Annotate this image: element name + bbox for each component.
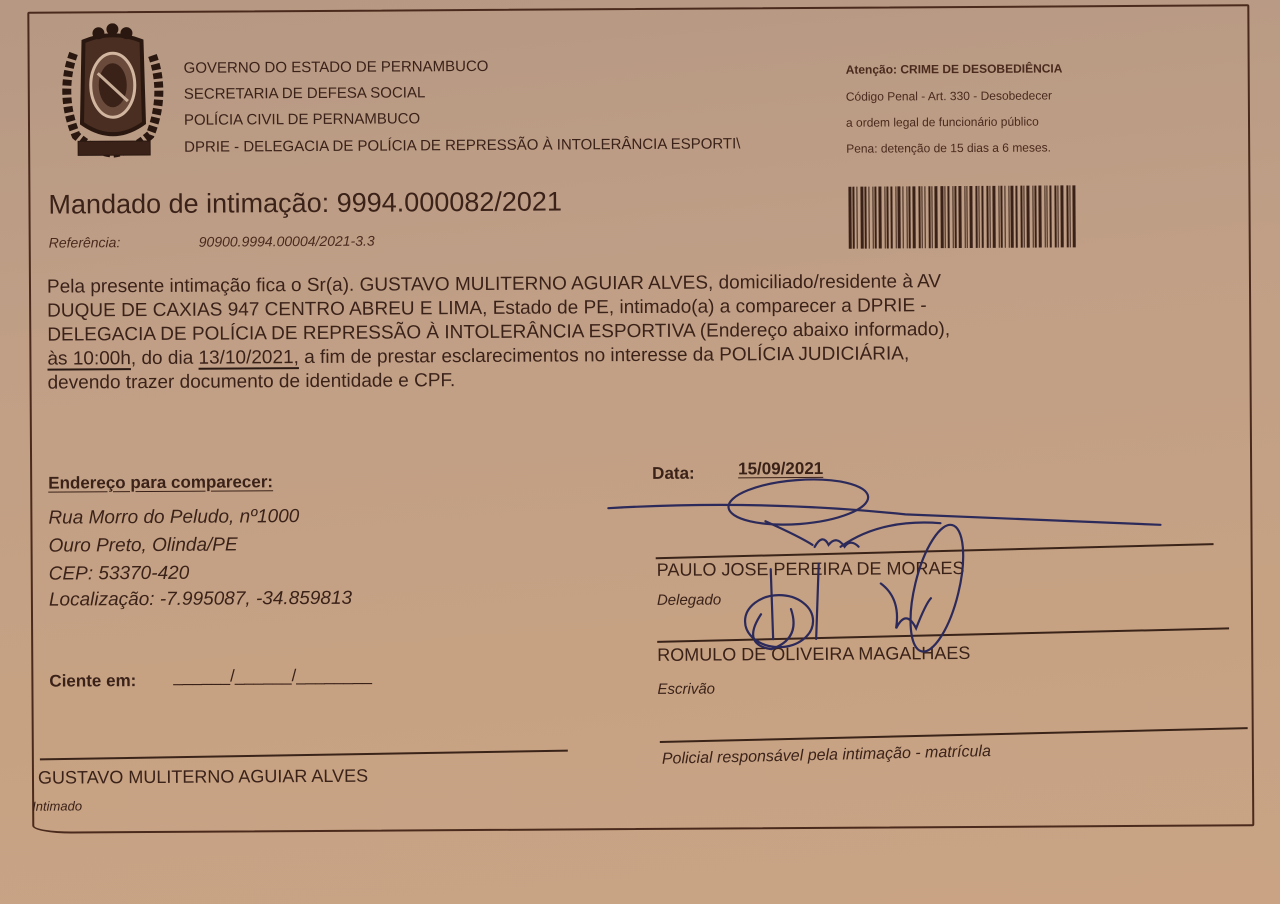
barcode-bar xyxy=(944,186,945,248)
barcode-bar xyxy=(864,187,866,249)
barcode-bar xyxy=(947,186,949,248)
barcode-bar xyxy=(981,186,983,248)
barcode-bar xyxy=(986,186,988,248)
barcode-bar xyxy=(1049,185,1051,247)
issue-date-label: Data: xyxy=(652,464,695,484)
header-secretariat: SECRETARIA DE DEFESA SOCIAL xyxy=(184,84,426,102)
attention-title: Atenção: CRIME DE DESOBEDIÊNCIA xyxy=(846,61,1063,76)
escrivao-name: ROMULO DE OLIVEIRA MAGALHAES xyxy=(657,643,970,666)
barcode-bar xyxy=(1010,186,1013,248)
header-department: DPRIE - DELEGACIA DE POLÍCIA DE REPRESSÃ… xyxy=(184,135,740,155)
barcode-bar xyxy=(1066,185,1068,247)
barcode-bar xyxy=(1072,185,1075,247)
ciente-label: Ciente em: xyxy=(49,671,136,692)
reference-value: 90900.9994.00004/2021-3.3 xyxy=(199,233,375,250)
coat-of-arms-icon xyxy=(53,23,172,162)
barcode-bar xyxy=(1020,186,1022,248)
escrivao-role: Escrivão xyxy=(657,681,715,698)
barcode-icon xyxy=(848,185,1128,249)
barcode-bar xyxy=(1004,186,1005,248)
barcode-bar xyxy=(848,187,851,249)
intimado-role: Intimado xyxy=(32,798,82,813)
barcode-bar xyxy=(966,186,967,248)
delegado-name: PAULO JOSE PEREIRA DE MORAES xyxy=(657,558,965,581)
barcode-bar xyxy=(908,186,910,248)
barcode-bar xyxy=(924,186,925,248)
barcode-bar xyxy=(978,186,979,248)
barcode-bar xyxy=(921,186,922,248)
attention-line-3: Pena: detenção de 15 dias a 6 meses. xyxy=(846,140,1051,155)
ciente-date-field[interactable]: ______/______/________ xyxy=(173,666,372,687)
barcode-bar xyxy=(1015,186,1017,248)
barcode-bar xyxy=(1000,186,1002,248)
barcode-bar xyxy=(958,186,961,248)
address-cep: CEP: 53370-420 xyxy=(49,561,190,588)
barcode-bar xyxy=(989,186,990,248)
barcode-bar xyxy=(912,186,915,248)
barcode-bar xyxy=(868,187,869,249)
issue-date-value: 15/09/2021 xyxy=(738,459,823,480)
barcode-bar xyxy=(1060,185,1063,247)
attention-crime: CRIME DE DESOBEDIÊNCIA xyxy=(900,61,1062,76)
intimado-name: GUSTAVO MULITERNO AGUIAR ALVES xyxy=(38,766,368,789)
delegado-role: Delegado xyxy=(657,592,721,609)
barcode-bar xyxy=(886,186,888,248)
barcode-bar xyxy=(1046,186,1047,248)
address-label: Endereço para comparecer: xyxy=(48,472,273,493)
barcode-bar xyxy=(954,186,956,248)
appointment-date: 13/10/2021, xyxy=(198,347,299,369)
body-sep: , do dia xyxy=(131,348,199,369)
barcode-bar xyxy=(1034,186,1036,248)
barcode-bar xyxy=(940,186,943,248)
barcode-bar xyxy=(931,186,932,248)
barcode-bar xyxy=(928,186,930,248)
barcode-bar xyxy=(860,187,863,249)
address-location: Localização: -7.995087, -34.859813 xyxy=(49,586,352,614)
attention-prefix: Atenção: xyxy=(846,62,897,76)
header-government: GOVERNO DO ESTADO DE PERNAMBUCO xyxy=(184,58,489,77)
barcode-bar xyxy=(897,186,900,248)
barcode-bar xyxy=(934,186,937,248)
barcode-bar xyxy=(902,186,903,248)
appointment-time: às 10:00h xyxy=(47,348,131,370)
mandado-number: 9994.000082/2021 xyxy=(337,186,562,217)
reference-label: Referência: xyxy=(49,234,121,250)
barcode-bar xyxy=(874,187,876,249)
attention-line-1: Código Penal - Art. 330 - Desobedecer xyxy=(846,88,1052,103)
barcode-bar xyxy=(1023,186,1024,248)
mandado-label: Mandado de intimação: xyxy=(48,188,329,220)
barcode-bar xyxy=(975,186,977,248)
header-police: POLÍCIA CIVIL DE PERNAMBUCO xyxy=(184,110,420,128)
barcode-bar xyxy=(969,186,972,248)
barcode-bar xyxy=(856,187,857,249)
subpoena-document: GOVERNO DO ESTADO DE PERNAMBUCO SECRETAR… xyxy=(0,0,1280,904)
mandado-title: Mandado de intimação: 9994.000082/2021 xyxy=(48,186,562,220)
barcode-bar xyxy=(890,186,892,248)
barcode-bar xyxy=(1054,185,1056,247)
document-border xyxy=(27,4,1254,833)
barcode-bar xyxy=(852,187,854,249)
barcode-bar xyxy=(1038,186,1041,248)
barcode-bar xyxy=(1069,185,1070,247)
barcode-bar xyxy=(1026,186,1029,248)
attention-line-2: a ordem legal de funcionário público xyxy=(846,115,1039,130)
body-line-4-rest: a fim de prestar esclarecimentos no inte… xyxy=(299,343,909,368)
barcode-bar xyxy=(918,186,920,248)
barcode-bar xyxy=(1057,185,1058,247)
barcode-bar xyxy=(878,187,881,249)
address-street: Rua Morro do Peludo, nº1000 xyxy=(48,504,299,532)
address-city: Ouro Preto, Olinda/PE xyxy=(48,532,237,559)
barcode-bar xyxy=(992,186,995,248)
